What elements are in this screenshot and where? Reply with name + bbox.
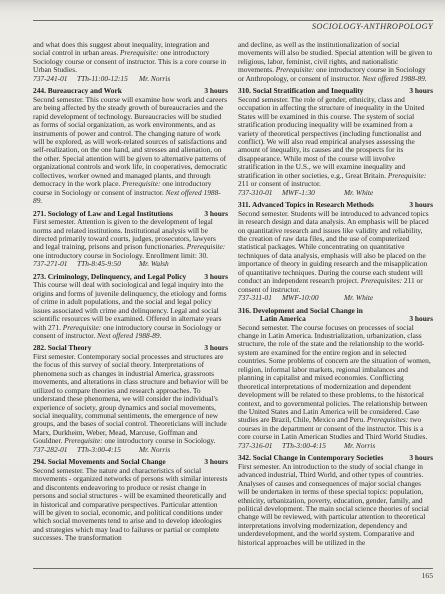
course-description: Second semester. The nature and characte… [33,467,228,543]
text-run: Second semester. Students will be introd… [238,209,429,286]
schedule-code: 737-271-01 [33,260,77,268]
course-block: 310. Social Stratification and Inequalit… [238,87,433,197]
course-description: First semester. Contemporary social proc… [33,353,228,446]
schedule-time: MWF-10:00 [282,294,344,302]
course-number: 316. [238,306,251,315]
text-run: Second semester. The role of gender, eth… [238,95,424,180]
schedule-code: 737-316-01 [238,442,282,450]
schedule-code: 737-310-01 [238,189,282,197]
schedule-time: TTh-3:00-4:15 [77,446,139,454]
course-block: 244. Bureaucracy and Work3 hoursSecond s… [33,87,228,205]
continuation-block: and what does this suggest about inequal… [33,41,228,83]
course-block: 311. Advanced Topics in Research Methods… [238,201,433,302]
schedule-instructor: Mr. Norris [139,445,170,454]
course-block: 342. Social Change in Contemporary Socie… [238,454,433,547]
text-run: 211 or consent of instructor. [238,179,321,188]
course-description: and what does this suggest about inequal… [33,41,228,75]
catalog-page: SOCIOLOGY-ANTHROPOLOGY and what does thi… [0,0,445,594]
header-rule [33,20,433,21]
continuation-block: and decline, as well as the institutiona… [238,41,433,83]
italic-run: Next offered 1988-89. [97,331,161,340]
text-run: Second semester. This course will examin… [33,95,227,189]
left-column: and what does this suggest about inequal… [33,41,228,547]
schedule-instructor: Mr. Walsh [139,259,169,268]
text-run: Second semester. The nature and characte… [33,466,227,543]
schedule-instructor: Mr. Norris [344,441,375,450]
schedule-row: 737-310-01MWF-1:30Mr. White [238,189,433,197]
schedule-row: 737-241-01TTh-11:00-12:15Mr. Norris [33,75,228,83]
schedule-instructor: Mr. Norris [139,74,170,83]
schedule-time: TTh-8:45-9:50 [77,260,139,268]
schedule-row: 737-271-01TTh-8:45-9:50Mr. Walsh [33,260,228,268]
schedule-code: 737-282-01 [33,446,77,454]
course-description: This course will deal with sociological … [33,281,228,340]
schedule-instructor: Mr. White [344,293,373,302]
footer-rule [33,568,433,569]
schedule-time: MWF-1:30 [282,189,344,197]
schedule-row: 737-316-01TTh-3:00-4:15Mr. Norris [238,442,433,450]
course-description: Second semester. Students will be introd… [238,210,433,295]
italic-run: Next offered 1988-89. [362,74,426,83]
course-description: and decline, as well as the institutiona… [238,41,433,83]
page-number: 165 [422,571,433,580]
course-block: 273. Criminology, Delinquency, and Legal… [33,273,228,341]
text-run: Second semester. The course focuses on p… [238,323,431,425]
course-block: 282. Social Theory3 hoursFirst semester.… [33,344,228,454]
italic-run: Prerequisites: [361,276,402,285]
schedule-row: 737-311-01MWF-10:00Mr. White [238,294,433,302]
schedule-time: TTh-11:00-12:15 [77,75,139,83]
course-block: 271. Sociology of Law and Legal Institut… [33,210,228,269]
page-header: SOCIOLOGY-ANTHROPOLOGY [33,20,433,31]
course-block: 294. Social Movements and Social Change3… [33,458,228,543]
schedule-row: 737-282-01TTh-3:00-4:15Mr. Norris [33,446,228,454]
right-column: and decline, as well as the institutiona… [238,41,433,547]
page-content: and what does this suggest about inequal… [33,41,433,547]
course-hours: 3 hours [204,458,228,466]
schedule-code: 737-311-01 [238,294,282,302]
course-description: Second semester. The course focuses on p… [238,324,433,442]
course-description: Second semester. This course will examin… [33,96,228,206]
text-run: First semester. An introduction to the s… [238,462,429,547]
course-block: 316. Development and Social Change inLat… [238,307,433,451]
schedule-code: 737-241-01 [33,75,77,83]
course-description: First semester. An introduction to the s… [238,463,433,548]
course-hours: 3 hours [409,87,433,95]
schedule-time: TTh-3:00-4:15 [282,442,344,450]
section-title: SOCIOLOGY-ANTHROPOLOGY [33,22,433,31]
course-description: Second semester. The role of gender, eth… [238,96,433,189]
schedule-instructor: Mr. White [344,188,373,197]
italic-run: Prerequisite: [388,171,426,180]
text-run: First semester. Contemporary social proc… [33,352,228,446]
course-description: First semester. Attention is given to th… [33,218,228,260]
